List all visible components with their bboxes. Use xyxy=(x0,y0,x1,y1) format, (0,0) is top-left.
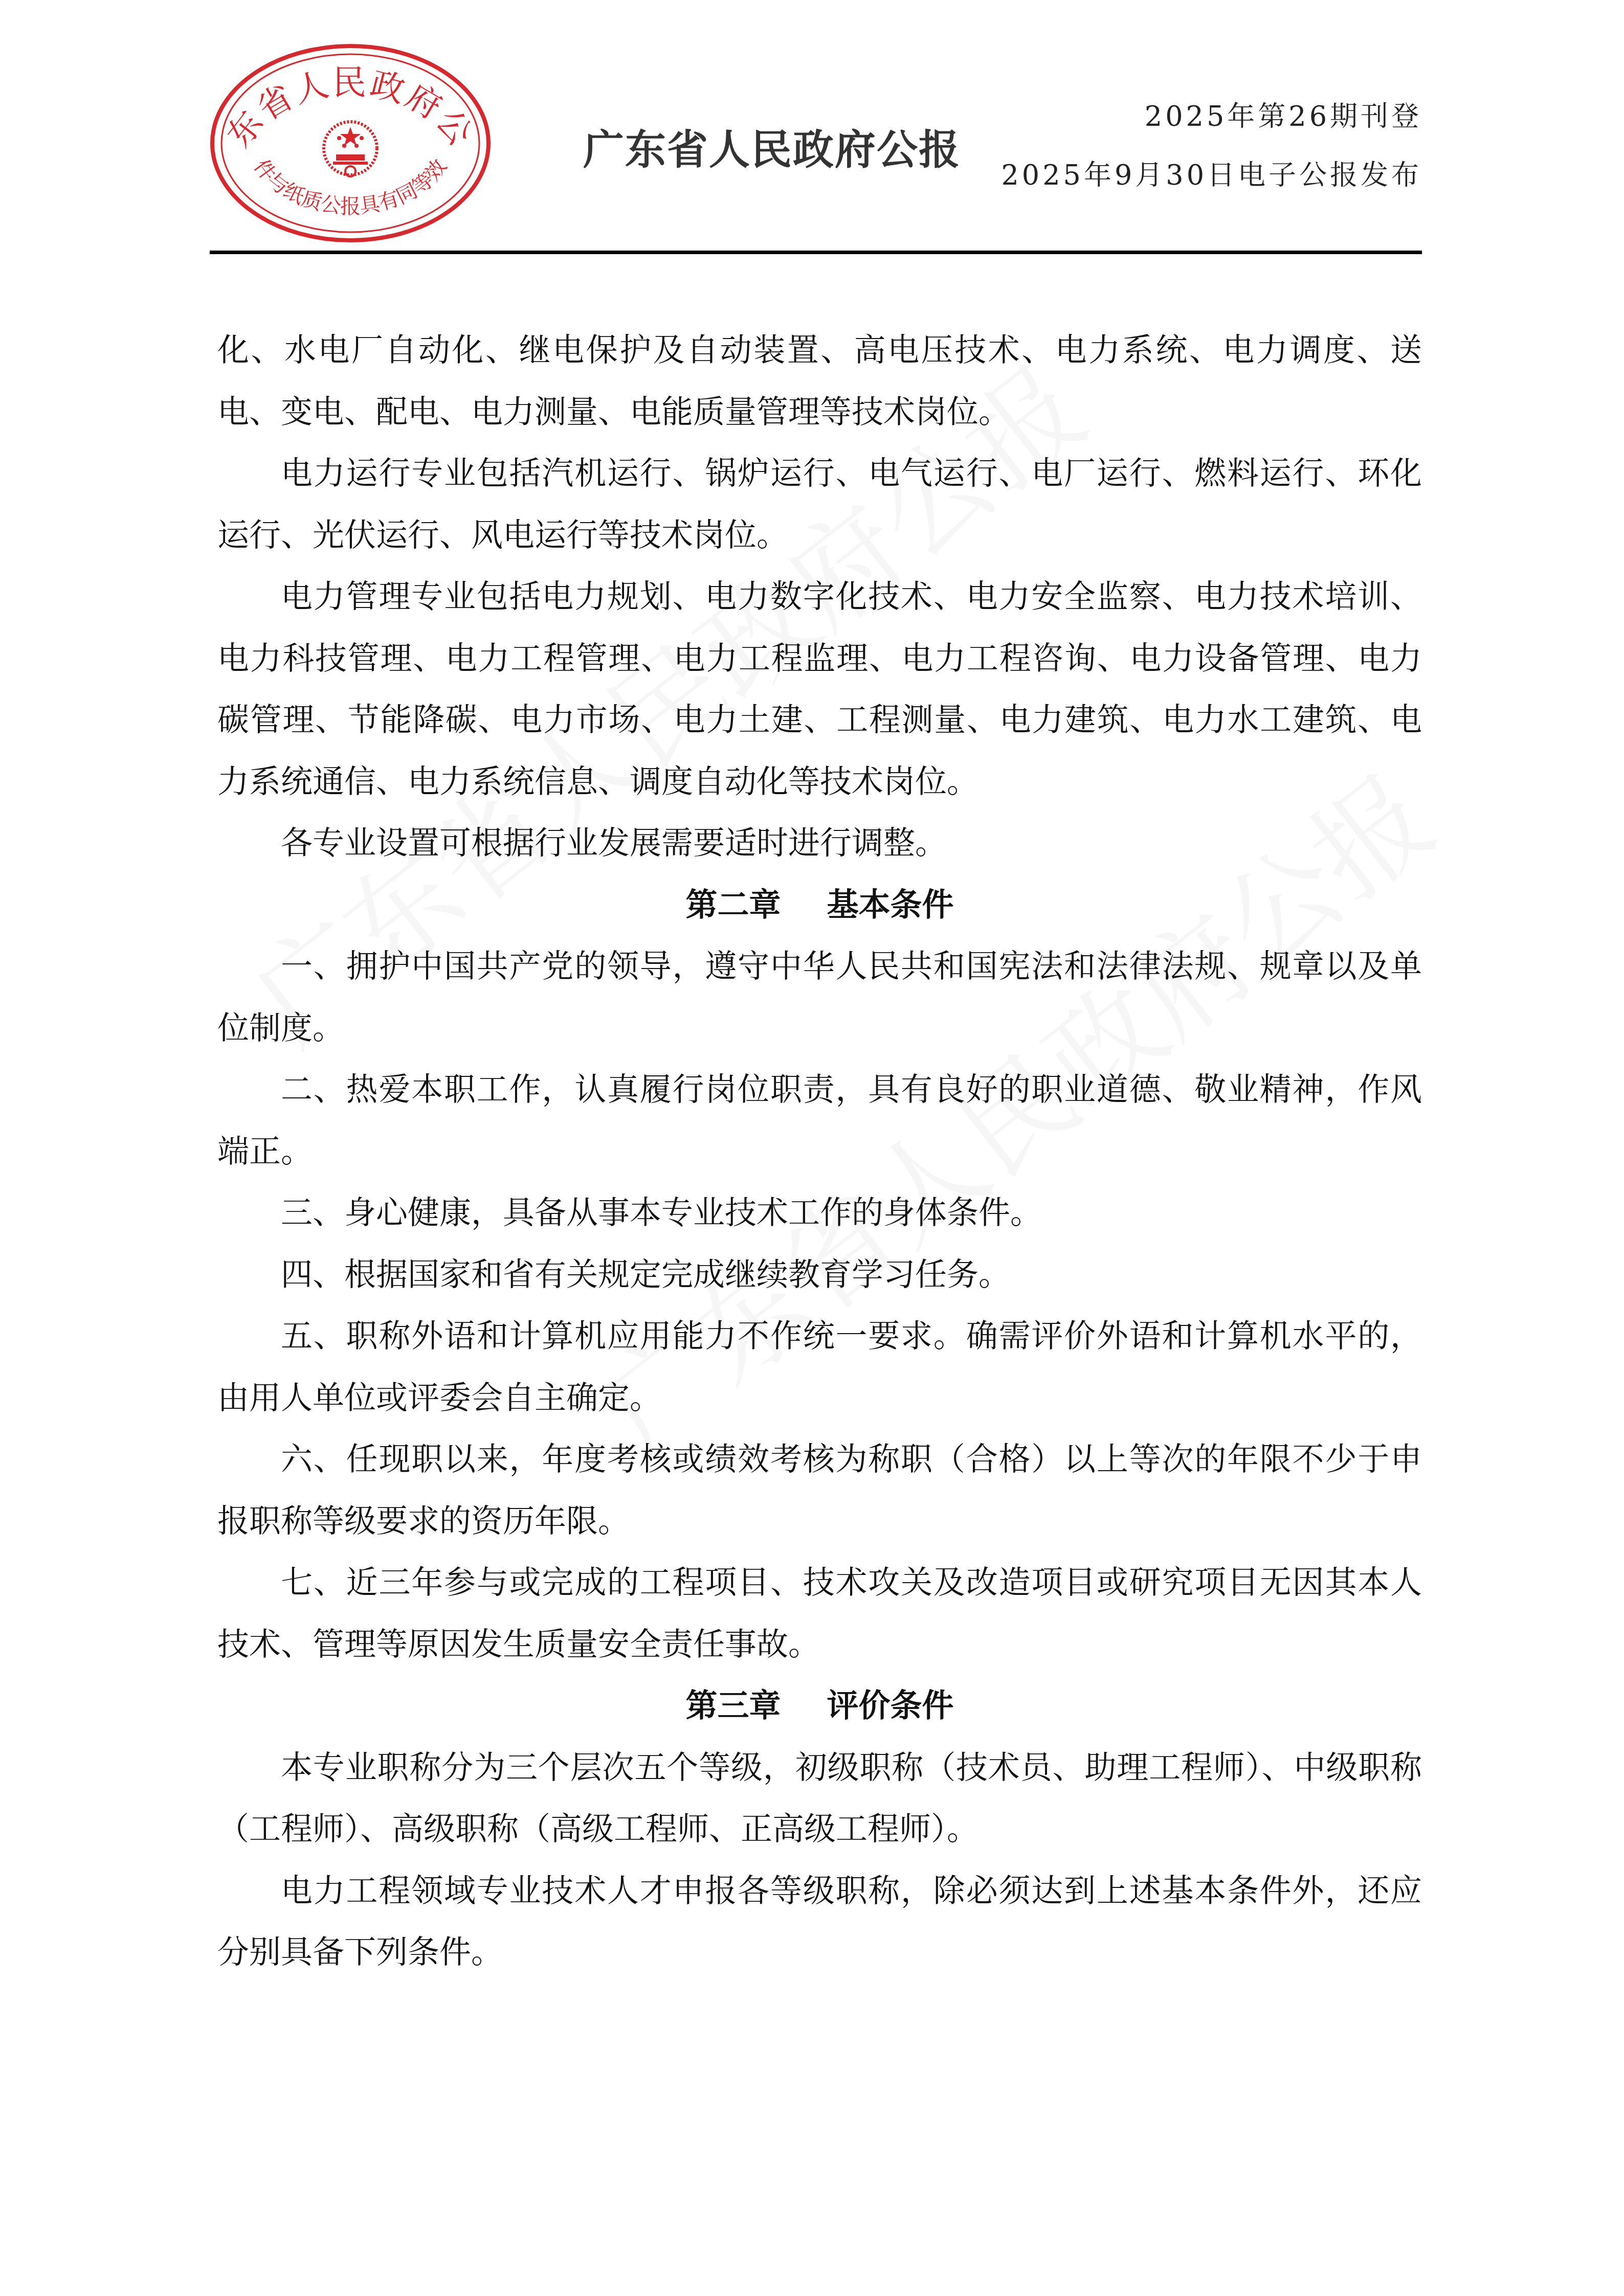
svg-text:广东省人民政府公报: 广东省人民政府公报 xyxy=(207,41,481,154)
paragraph: 一、拥护中国共产党的领导，遵守中华人民共和国宪法和法律法规、规章以及单位制度。 xyxy=(217,936,1422,1059)
paragraph: 五、职称外语和计算机应用能力不作统一要求。确需评价外语和计算机水平的，由用人单位… xyxy=(217,1305,1422,1429)
chapter-number: 第二章 xyxy=(685,886,781,924)
paragraph: 本专业职称分为三个层次五个等级，初级职称（技术员、助理工程师）、中级职称（工程师… xyxy=(217,1737,1422,1860)
seal-icon: 广东省人民政府公报 此件与纸质公报具有同等效力 xyxy=(207,41,494,245)
issue-number: 2025年第26期刊登 xyxy=(1145,95,1422,134)
paragraph: 四、根据国家和省有关规定完成继续教育学习任务。 xyxy=(217,1244,1422,1306)
chapter-heading: 第二章基本条件 xyxy=(217,874,1422,936)
official-seal: 广东省人民政府公报 此件与纸质公报具有同等效力 xyxy=(207,41,494,245)
paragraph: 各专业设置可根据行业发展需要适时进行调整。 xyxy=(217,813,1422,874)
chapter-title: 评价条件 xyxy=(827,1687,954,1724)
paragraph: 电力运行专业包括汽机运行、锅炉运行、电气运行、电厂运行、燃料运行、环化运行、光伏… xyxy=(217,443,1422,566)
paragraph: 电力管理专业包括电力规划、电力数字化技术、电力安全监察、电力技术培训、电力科技管… xyxy=(217,566,1422,813)
national-emblem-icon xyxy=(324,122,377,176)
paragraph: 电力工程领域专业技术人才申报各等级职称，除必须达到上述基本条件外，还应分别具备下… xyxy=(217,1860,1422,1984)
bulletin-title: 广东省人民政府公报 xyxy=(583,117,961,175)
chapter-title: 基本条件 xyxy=(827,886,954,924)
publish-date: 2025年9月30日电子公报发布 xyxy=(1002,153,1422,193)
chapter-number: 第三章 xyxy=(685,1687,781,1724)
paragraph: 三、身心健康，具备从事本专业技术工作的身体条件。 xyxy=(217,1182,1422,1244)
paragraph: 七、近三年参与或完成的工程项目、技术攻关及改造项目或研究项目无因其本人技术、管理… xyxy=(217,1552,1422,1675)
paragraph: 二、热爱本职工作，认真履行岗位职责，具有良好的职业道德、敬业精神，作风端正。 xyxy=(217,1059,1422,1182)
header-divider xyxy=(210,251,1422,254)
chapter-heading: 第三章评价条件 xyxy=(217,1675,1422,1737)
paragraph: 六、任现职以来，年度考核或绩效考核为称职（合格）以上等次的年限不少于申报职称等级… xyxy=(217,1429,1422,1552)
document-body: 化、水电厂自动化、继电保护及自动装置、高电压技术、电力系统、电力调度、送电、变电… xyxy=(217,320,1422,1984)
paragraph: 化、水电厂自动化、继电保护及自动装置、高电压技术、电力系统、电力调度、送电、变电… xyxy=(217,320,1422,443)
